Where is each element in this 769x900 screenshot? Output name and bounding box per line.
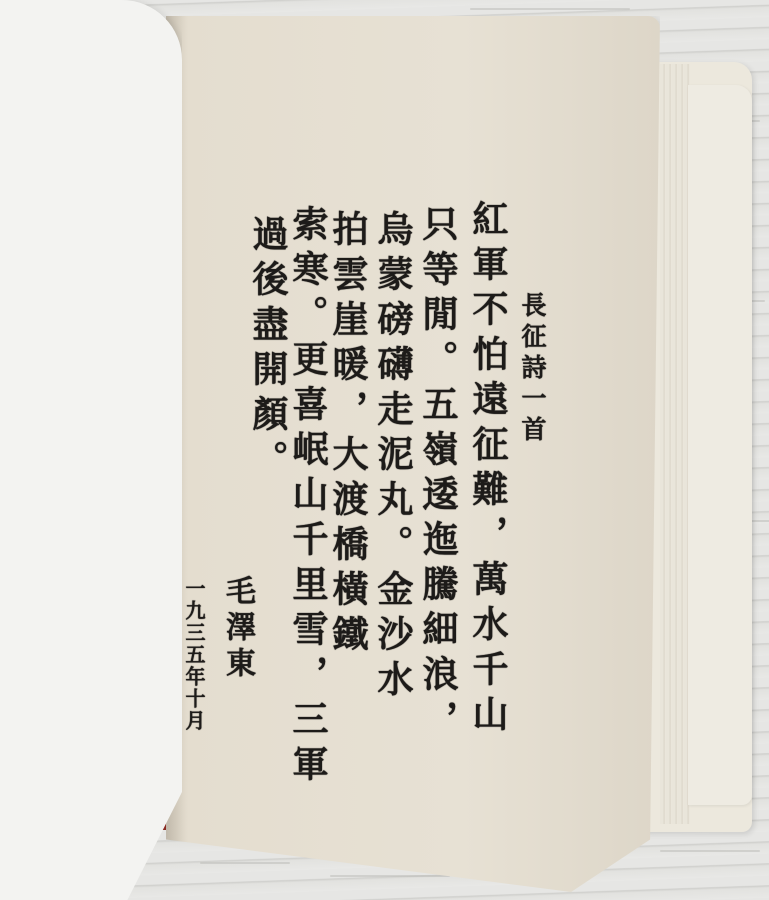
poem-title: 長征詩一首 (520, 292, 545, 447)
signature: 毛澤東 (222, 575, 252, 683)
blank-left-page (0, 0, 182, 900)
poem-column-6: 過後盡開顏。 (250, 215, 286, 485)
poem-column-1: 紅軍不怕遠征難，萬水千山 (470, 200, 506, 740)
poem-column-5: 索寒。更喜岷山千里雪，三軍 (290, 205, 326, 790)
poem-column-4: 拍雲崖暖，大渡橋橫鐵 (330, 210, 366, 660)
poem-column-3: 烏蒙磅礴走泥丸。金沙水 (375, 210, 411, 705)
poem-column-2: 只等閒。五嶺逶迤騰細浪， (420, 205, 456, 745)
date-inscription: 一九三五年十月 (184, 578, 204, 732)
